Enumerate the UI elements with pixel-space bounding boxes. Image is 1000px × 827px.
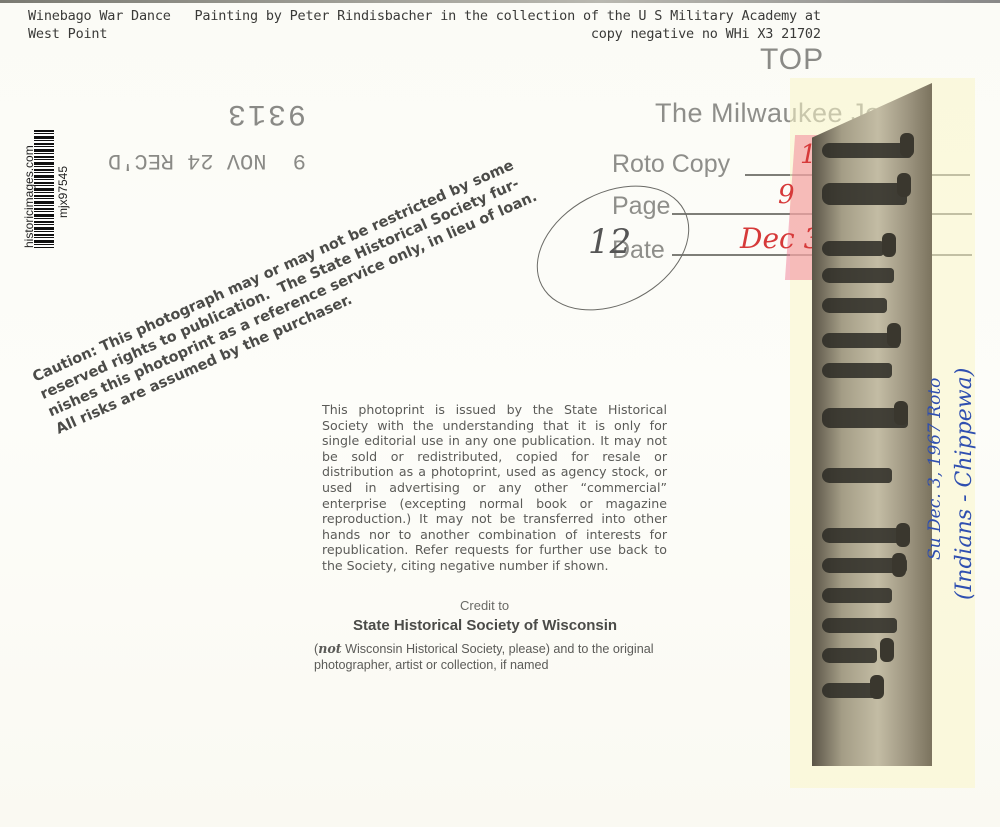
date-value: Dec 3 xyxy=(740,222,821,255)
received-stamp: 9 NOV 24 REC'D 9313 xyxy=(108,78,344,191)
handwritten-subject-note: (Indians - Chippewa) xyxy=(952,368,977,600)
received-date: 9 NOV 24 REC'D xyxy=(108,148,306,173)
barcode xyxy=(34,130,54,248)
page-value: 9 xyxy=(778,180,795,210)
newspaper-clipping-image xyxy=(812,83,932,766)
caution-line: Caution: This photograph may or may not … xyxy=(30,157,516,385)
credit-note-text: Wisconsin Historical Society, please) an… xyxy=(314,642,654,672)
photo-back: Winebago War Dance Painting by Peter Rin… xyxy=(0,0,1000,827)
usage-notice: This photoprint is issued by the State H… xyxy=(322,402,667,574)
top-stamp: TOP xyxy=(760,43,824,77)
received-number: 9313 xyxy=(226,96,306,130)
credit-name: State Historical Society of Wisconsin xyxy=(353,617,617,634)
caption-line-2: West Point copy negative no WHi X3 21702 xyxy=(28,26,821,42)
usage-notice-body: This photoprint is issued by the State H… xyxy=(322,402,667,574)
barcode-site: historicimages.com xyxy=(22,145,36,248)
caution-line: reserved rights to publication. The Stat… xyxy=(38,176,522,403)
caution-notice: Caution: This photograph may or may not … xyxy=(30,153,548,439)
credit-note: (not Wisconsin Historical Society, pleas… xyxy=(314,641,666,673)
caution-line: nishes this photoprint as a reference se… xyxy=(46,189,540,421)
credit-to-label: Credit to xyxy=(460,598,509,613)
barcode-code: mjx97545 xyxy=(56,166,70,218)
handwritten-date-note: Su Dec. 3, 1967 Roto xyxy=(925,378,945,560)
credit-note-emphasis: not xyxy=(318,641,341,656)
caption-line-1: Winebago War Dance Painting by Peter Rin… xyxy=(28,8,821,24)
scan-edge xyxy=(0,0,1000,3)
circled-number: 12 xyxy=(588,222,631,262)
roto-copy-label: Roto Copy xyxy=(612,150,730,179)
